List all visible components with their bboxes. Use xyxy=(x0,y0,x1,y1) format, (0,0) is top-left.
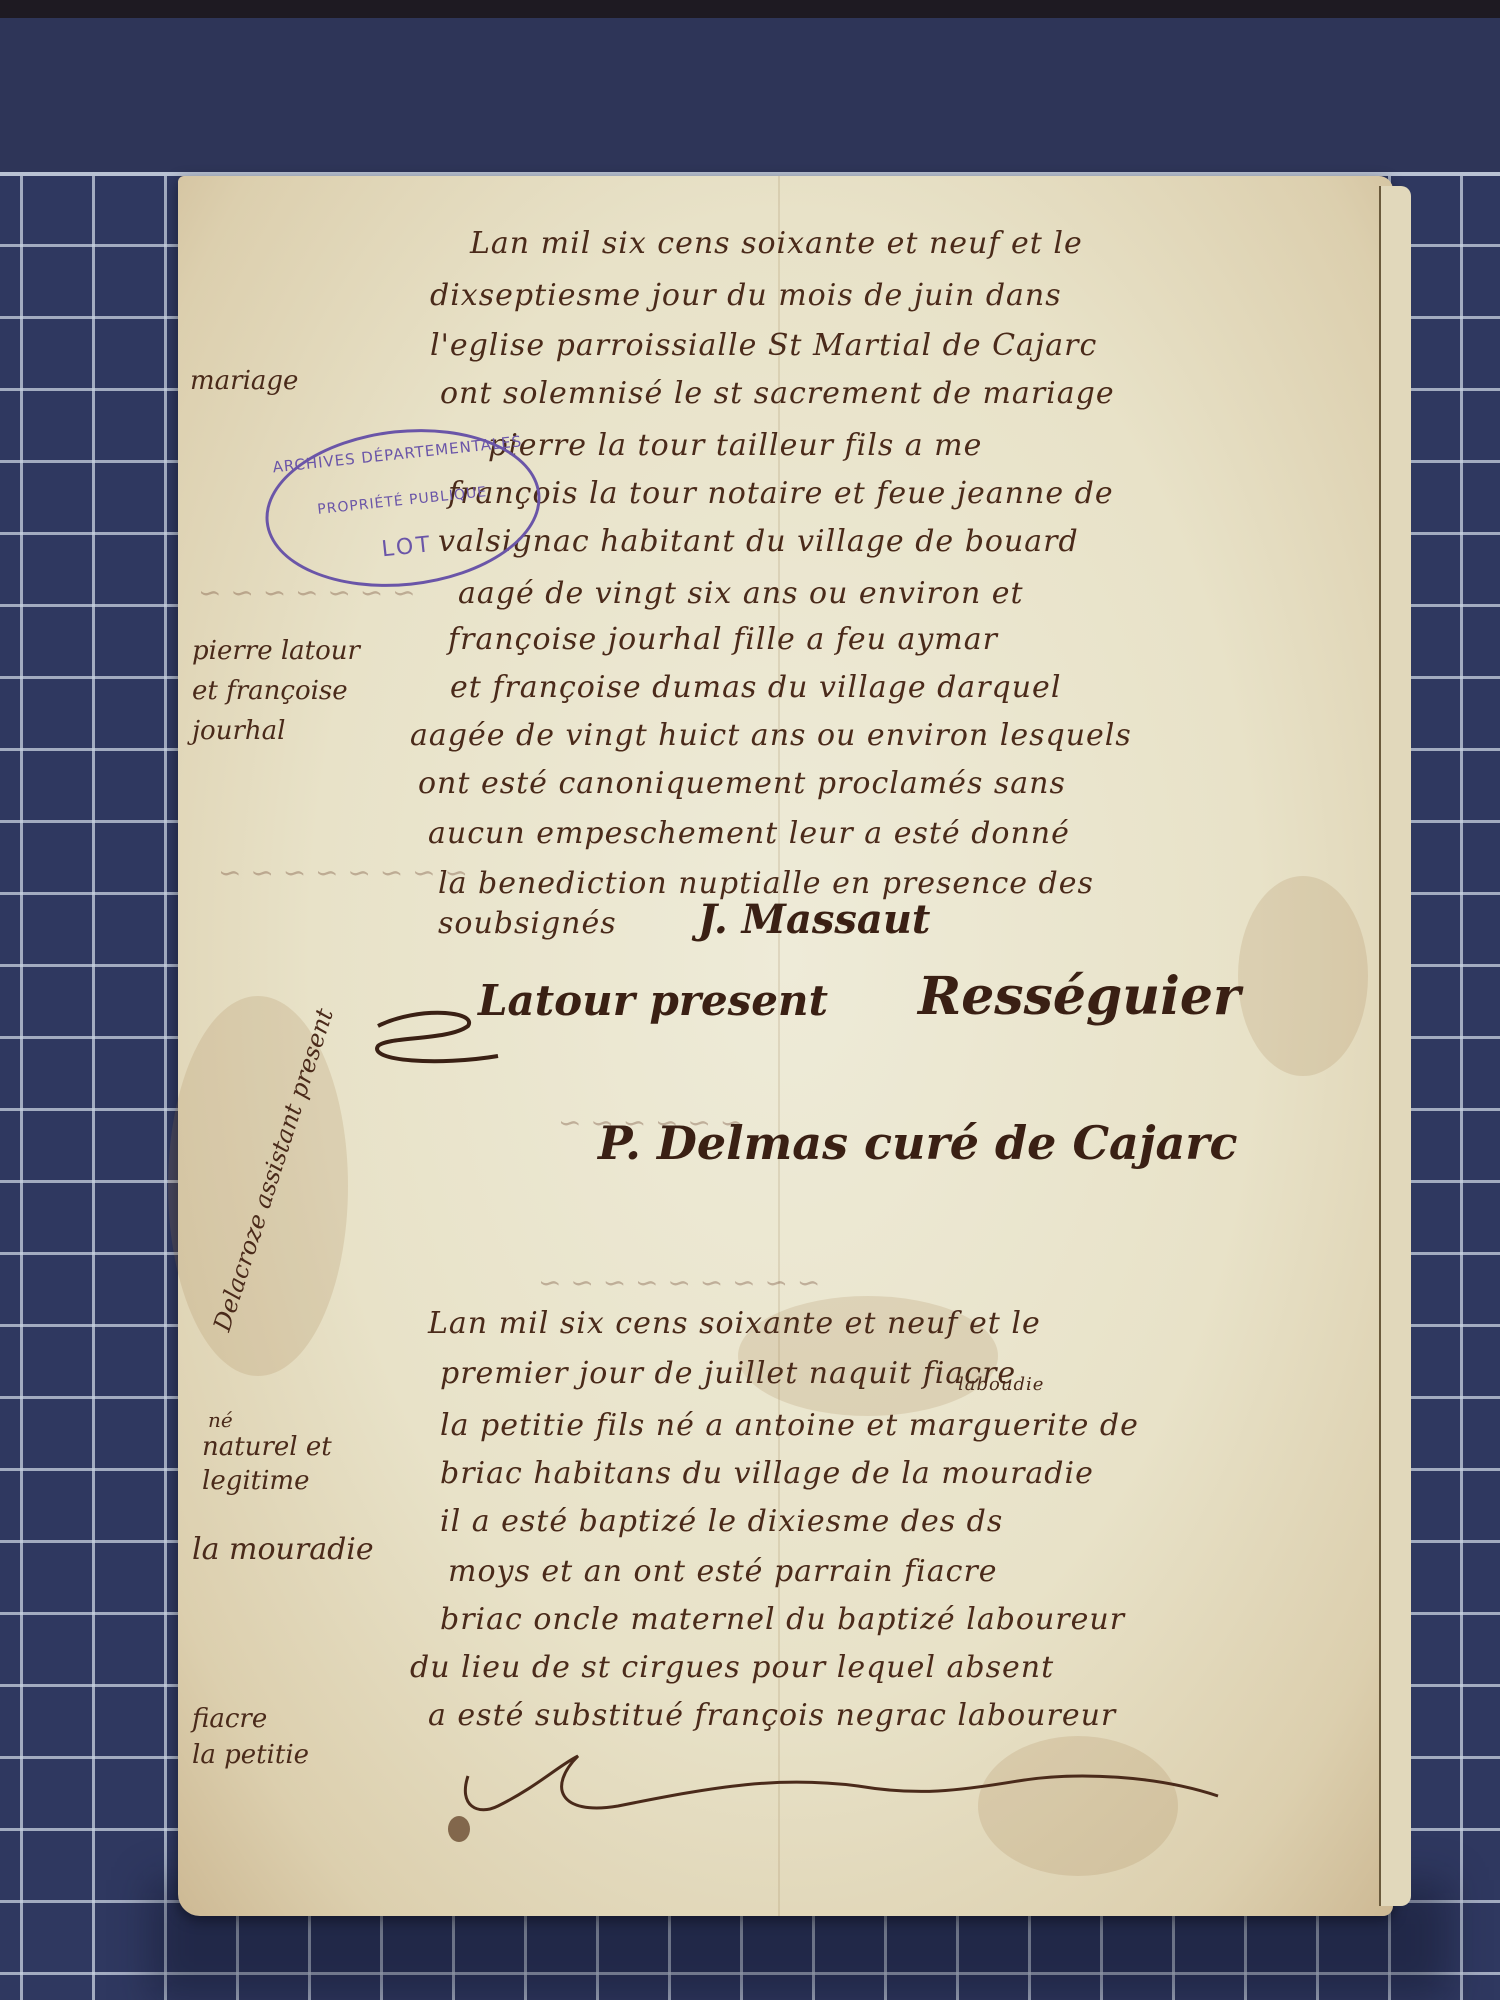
margin-name: la petitie xyxy=(192,1740,309,1770)
top-band xyxy=(0,0,1500,172)
margin-place: la mouradie xyxy=(192,1532,374,1567)
margin-label-naturel: naturel et xyxy=(202,1432,332,1462)
entry1-line: françoise jourhal fille a feu aymar xyxy=(448,622,998,657)
entry1-line: françois la tour notaire et feue jeanne … xyxy=(448,476,1114,511)
margin-name: et françoise xyxy=(192,676,348,706)
entry2-line: briac oncle maternel du baptizé laboureu… xyxy=(440,1602,1125,1637)
entry1-line: Lan mil six cens soixante et neuf et le xyxy=(470,226,1083,261)
margin-name: jourhal xyxy=(192,716,285,746)
margin-label-mariage: mariage xyxy=(190,366,298,396)
bleed-through-text: ~ ~ ~ ~ ~ ~ ~ ~ xyxy=(218,856,468,889)
entry2-line: briac habitans du village de la mouradie xyxy=(440,1456,1094,1491)
signature-latour: Latour present xyxy=(478,976,828,1025)
signature-massaut: J. Massaut xyxy=(698,896,930,943)
top-rim xyxy=(0,0,1500,18)
margin-name: fiacre xyxy=(192,1704,267,1734)
ink-blot xyxy=(448,1816,470,1842)
entry2-line: il a esté baptizé le dixiesme des ds xyxy=(440,1504,1003,1539)
stamp-middle-text: PROPRIÉTÉ PUBLIQUE xyxy=(267,479,537,523)
entry1-line: dixseptiesme jour du mois de juin dans xyxy=(430,278,1062,313)
entry1-line: et françoise dumas du village darquel xyxy=(450,670,1061,705)
entry2-line: premier jour de juillet naquit fiacre xyxy=(440,1356,1016,1391)
entry2-line: a esté substitué françois negrac laboure… xyxy=(428,1698,1116,1733)
entry2-line: du lieu de st cirgues pour lequel absent xyxy=(410,1650,1054,1685)
margin-name: pierre latour xyxy=(192,636,360,666)
entry1-line: aucun empeschement leur a esté donné xyxy=(428,816,1070,851)
entry1-line: ont solemnisé le st sacrement de mariage xyxy=(440,376,1115,411)
entry2-line: moys et an ont esté parrain fiacre xyxy=(448,1554,998,1589)
entry2-insertion: laboudie xyxy=(958,1374,1044,1395)
entry1-line: soubsignés xyxy=(438,906,617,941)
entry1-line: pierre la tour tailleur fils a me xyxy=(488,428,982,463)
closing-flourish xyxy=(458,1746,1258,1846)
signature-resseguier: Rességuier xyxy=(918,966,1240,1027)
entry1-line: aagé de vingt six ans ou environ et xyxy=(458,576,1024,611)
entry2-line: la petitie fils né a antoine et margueri… xyxy=(440,1408,1139,1443)
paraph-flourish xyxy=(358,1006,518,1076)
page-edge xyxy=(1379,186,1411,1906)
bleed-through-text: ~ ~ ~ ~ ~ ~ ~ ~ ~ xyxy=(538,1266,820,1299)
signature-delmas: P. Delmas curé de Cajarc xyxy=(598,1116,1238,1170)
entry1-line: aagée de vingt huict ans ou environ lesq… xyxy=(410,718,1132,753)
water-stain xyxy=(1238,876,1368,1076)
entry2-line: Lan mil six cens soixante et neuf et le xyxy=(428,1306,1041,1341)
entry1-line: ont esté canoniquement proclamés sans xyxy=(418,766,1066,801)
margin-label-legitime: legitime xyxy=(202,1466,309,1496)
entry1-line: l'eglise parroissialle St Martial de Caj… xyxy=(430,328,1097,363)
margin-label-ne: né xyxy=(208,1408,233,1432)
